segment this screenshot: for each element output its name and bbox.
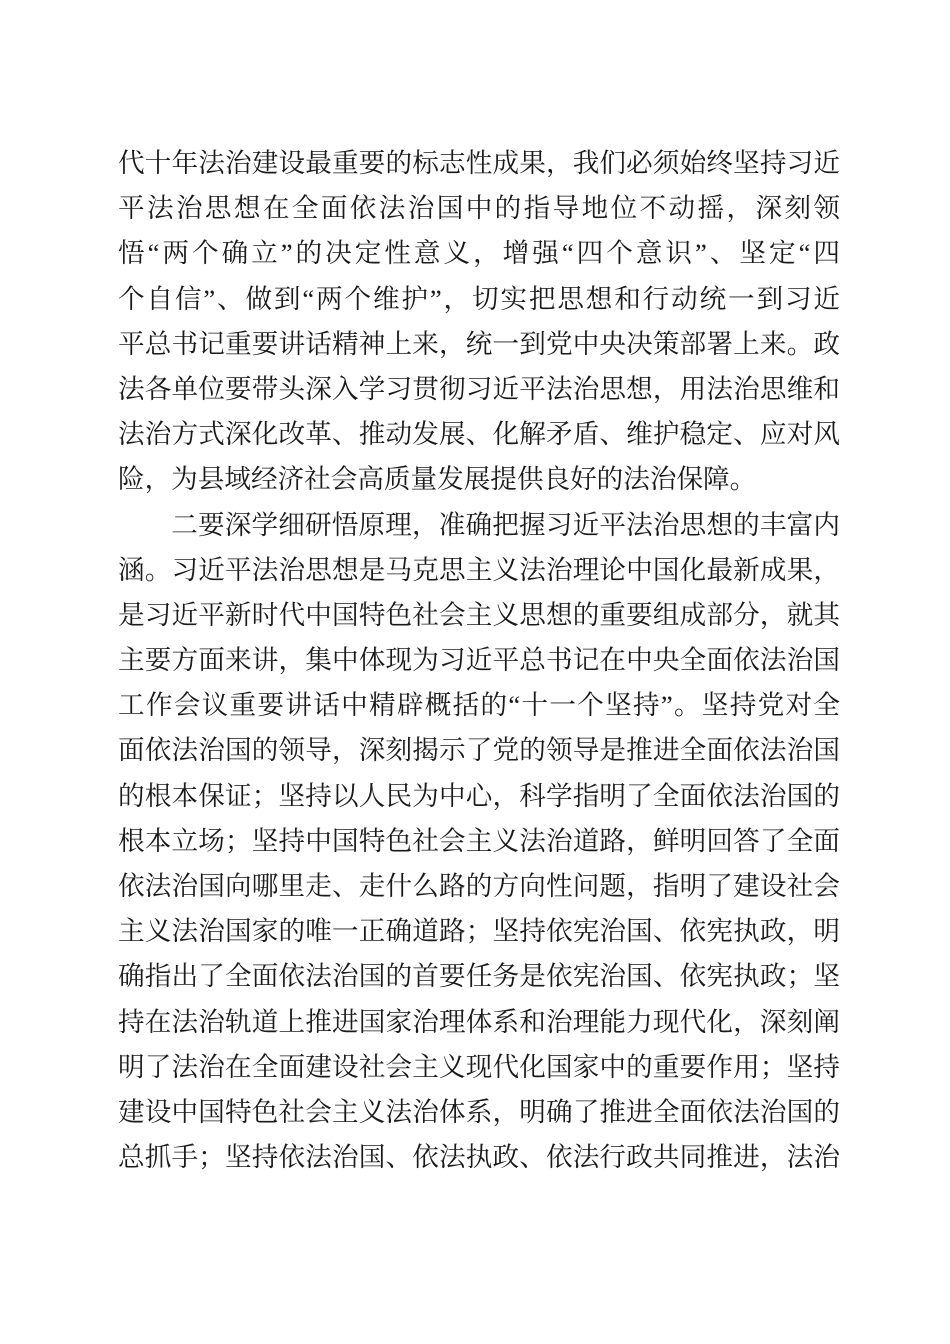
text-line: 工作会议重要讲话中精辟概括的“十一个坚持”。坚持党对全 [118, 683, 840, 728]
text-line: 平总书记重要讲话精神上来，统一到党中央决策部署上来。政 [118, 322, 840, 367]
text-line: 悟“两个确立”的决定性意义，增强“四个意识”、坚定“四 [118, 231, 840, 276]
text-line: 依法治国向哪里走、走什么路的方向性问题，指明了建设社会 [118, 864, 840, 909]
text-line: 平法治思想在全面依法治国中的指导地位不动摇，深刻领 [118, 186, 840, 231]
text-line: 明了法治在全面建设社会主义现代化国家中的重要作用；坚持 [118, 1045, 840, 1090]
text-line: 代十年法治建设最重要的标志性成果，我们必须始终坚持习近 [118, 141, 840, 186]
text-line: 的根本保证；坚持以人民为中心，科学指明了全面依法治国的 [118, 774, 840, 819]
text-line: 法各单位要带头深入学习贯彻习近平法治思想，用法治思维和 [118, 367, 840, 412]
text-line: 个自信”、做到“两个维护”，切实把思想和行动统一到习近 [118, 277, 840, 322]
text-line: 险，为县域经济社会高质量发展提供良好的法治保障。 [118, 457, 840, 502]
text-line: 是习近平新时代中国特色社会主义思想的重要组成部分，就其 [118, 593, 840, 638]
text-line: 确指出了全面依法治国的首要任务是依宪治国、依宪执政；坚 [118, 954, 840, 999]
text-line: 总抓手；坚持依法治国、依法执政、依法行政共同推进，法治 [118, 1135, 840, 1180]
text-line: 二要深学细研悟原理，准确把握习近平法治思想的丰富内 [118, 503, 840, 548]
text-line: 主要方面来讲，集中体现为习近平总书记在中央全面依法治国 [118, 638, 840, 683]
text-line: 涵。习近平法治思想是马克思主义法治理论中国化最新成果， [118, 548, 840, 593]
text-line: 根本立场；坚持中国特色社会主义法治道路，鲜明回答了全面 [118, 819, 840, 864]
document-body: 代十年法治建设最重要的标志性成果，我们必须始终坚持习近平法治思想在全面依法治国中… [118, 141, 840, 1180]
text-line: 建设中国特色社会主义法治体系，明确了推进全面依法治国的 [118, 1090, 840, 1135]
text-line: 持在法治轨道上推进国家治理体系和治理能力现代化，深刻阐 [118, 1000, 840, 1045]
document-page: 代十年法治建设最重要的标志性成果，我们必须始终坚持习近平法治思想在全面依法治国中… [0, 0, 950, 1344]
text-line: 面依法治国的领导，深刻揭示了党的领导是推进全面依法治国 [118, 728, 840, 773]
text-line: 主义法治国家的唯一正确道路；坚持依宪治国、依宪执政，明 [118, 909, 840, 954]
text-line: 法治方式深化改革、推动发展、化解矛盾、维护稳定、应对风 [118, 412, 840, 457]
